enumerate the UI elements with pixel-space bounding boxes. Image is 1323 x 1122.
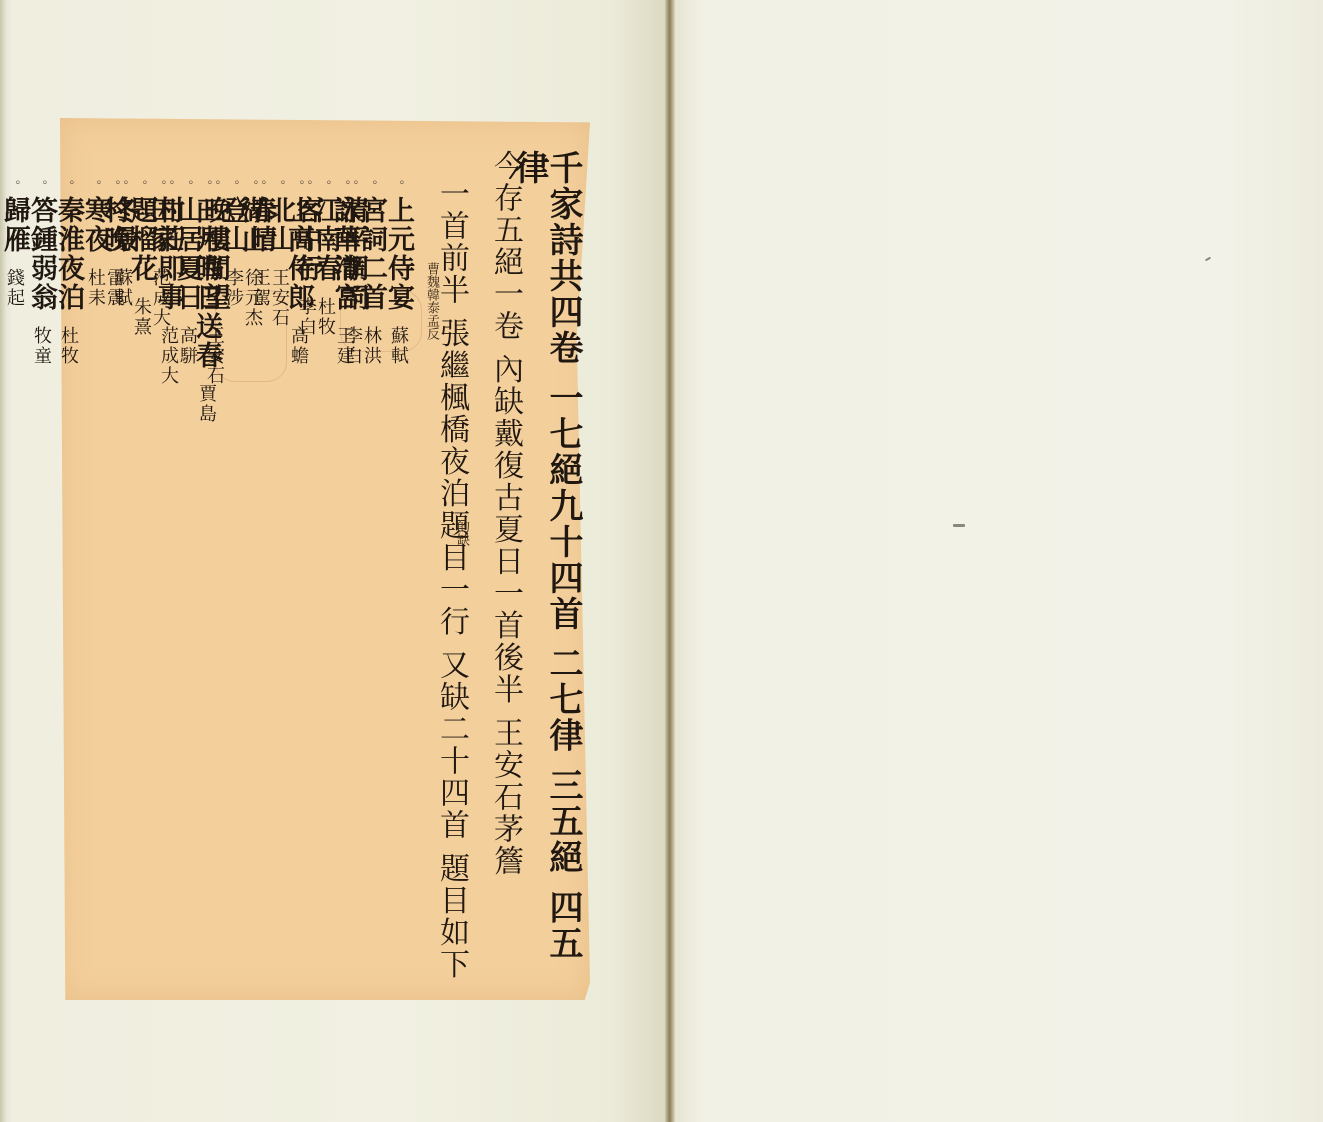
list-entry: 。上元侍宴蘇軾 <box>385 180 412 962</box>
list-entry: 。詠華清宮王建 <box>331 180 358 962</box>
book-gutter <box>665 0 675 1122</box>
list-entry: 。秦淮夜泊杜牧 <box>55 180 82 976</box>
column-heading: 千家詩共四卷 一七絕九十四首 二七律 三五絕 四五律 <box>520 150 580 990</box>
paper-speck <box>1205 257 1211 262</box>
list-entry: 。三月晦日送春賈島 <box>193 180 220 962</box>
margin-annotation: 曹魏韓泰孟反 <box>422 262 441 340</box>
list-entry: 。上高侍郎高蟾 <box>285 180 312 962</box>
title-list-column: 。上元侍宴蘇軾 。宮詞二首林洪 。詠華清宮王建 <box>366 150 412 990</box>
list-entry: 。答鍾弱翁牧童 <box>28 180 55 976</box>
column-text: 今存五絕一卷 內缺戴復古夏日一首後半 王安石茅簷 <box>466 150 520 990</box>
list-entry: 。村晚雷震 <box>101 180 128 962</box>
paper-speck <box>953 524 965 527</box>
right-page-blank <box>675 0 1323 1122</box>
list-entry: 。湖上徐元杰 <box>239 180 266 962</box>
list-entry: 。宮詞二首林洪 <box>358 180 385 962</box>
margin-annotation: 的缺 <box>452 520 471 546</box>
list-entry: 。歸雁錢起 <box>1 180 28 990</box>
text-columns: 千家詩共四卷 一七絕九十四首 二七律 三五絕 四五律 今存五絕一卷 內缺戴復古夏… <box>60 150 590 990</box>
list-entry: 。田家范成大 <box>147 180 174 962</box>
